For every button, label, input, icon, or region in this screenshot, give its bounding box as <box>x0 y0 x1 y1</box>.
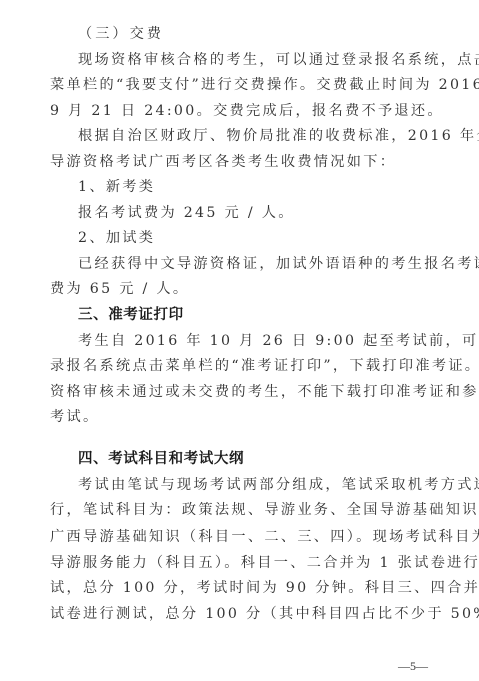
list-item-body: 费为 65 元 / 人。 <box>50 279 438 299</box>
paragraph-line: 录报名系统点击菜单栏的“准考证打印”，下载打印准考证。 <box>50 356 438 376</box>
paragraph-line: 资格审核未通过或未交费的考生，不能下载打印准考证和参加 <box>50 382 438 402</box>
subjects-section-heading: 四、考试科目和考试大纲 <box>78 449 438 469</box>
document-page: （三）交费 现场资格审核合格的考生，可以通过登录报名系统，点击 菜单栏的“我要支… <box>0 0 479 681</box>
list-item-body: 已经获得中文导游资格证，加试外语语种的考生报名考试 <box>78 254 438 274</box>
paragraph-line: 试，总分 100 分，考试时间为 90 分钟。科目三、四合并为 1 张 <box>50 578 438 598</box>
list-item-body: 报名考试费为 245 元 / 人。 <box>78 203 438 223</box>
paragraph-line: 考生自 2016 年 10 月 26 日 9:00 起至考试前，可以通过登 <box>78 331 438 351</box>
paragraph-line: 考试。 <box>50 407 438 427</box>
page-number: —5— <box>398 659 428 674</box>
paragraph-line: 菜单栏的“我要支付”进行交费操作。交费截止时间为 2016 年 <box>50 75 438 95</box>
print-section-heading: 三、准考证打印 <box>78 305 438 325</box>
paragraph-line: 9 月 21 日 24:00。交费完成后，报名费不予退还。 <box>50 101 438 121</box>
paragraph-line: 行，笔试科目为：政策法规、导游业务、全国导游基础知识、 <box>50 500 438 520</box>
paragraph-line: 导游资格考试广西考区各类考生收费情况如下： <box>50 152 438 172</box>
paragraph-line: 导游服务能力（科目五）。科目一、二合并为 1 张试卷进行测 <box>50 553 438 573</box>
paragraph-line: 广西导游基础知识（科目一、二、三、四）。现场考试科目为： <box>50 527 438 547</box>
paragraph-line: 现场资格审核合格的考生，可以通过登录报名系统，点击 <box>78 50 438 70</box>
paragraph-line: 考试由笔试与现场考试两部分组成，笔试采取机考方式进 <box>78 475 438 495</box>
fee-section-heading: （三）交费 <box>78 24 438 44</box>
list-item-title: 1、新考类 <box>78 177 438 197</box>
paragraph-line: 试卷进行测试，总分 100 分（其中科目四占比不少于 50%）， <box>50 604 438 624</box>
list-item-title: 2、加试类 <box>78 228 438 248</box>
paragraph-line: 根据自治区财政厅、物价局批准的收费标准，2016 年全国 <box>78 126 438 146</box>
